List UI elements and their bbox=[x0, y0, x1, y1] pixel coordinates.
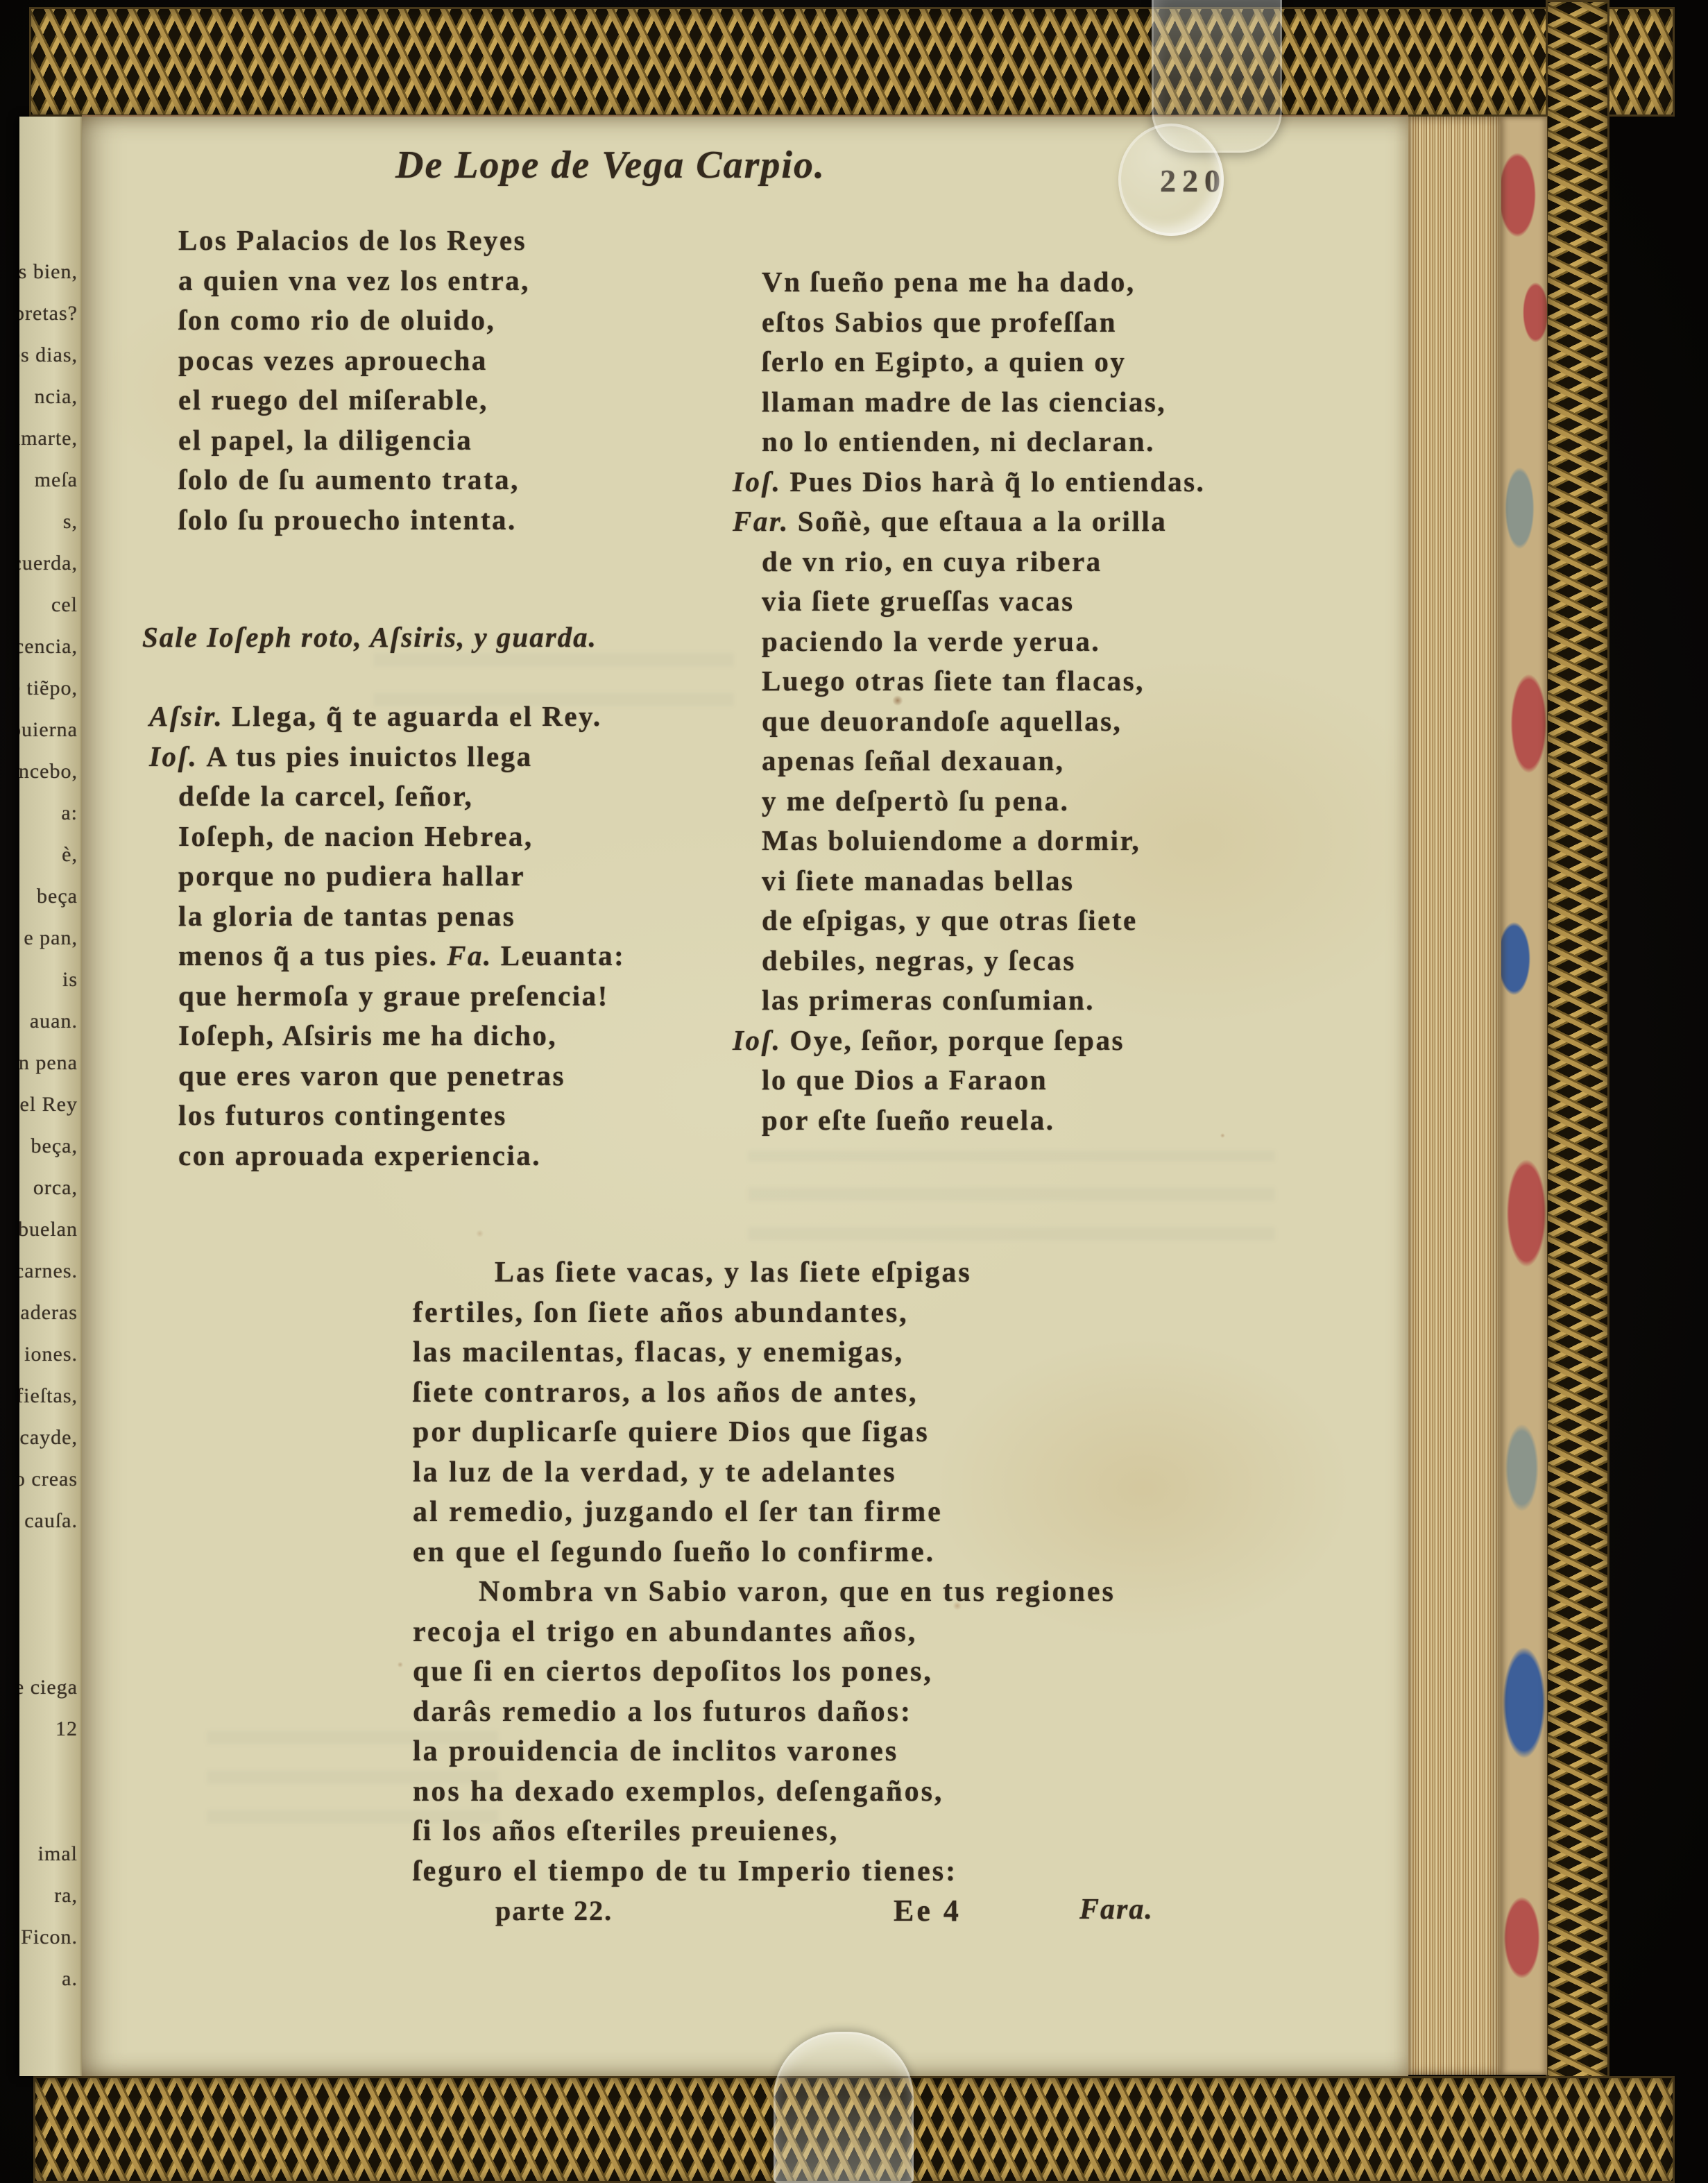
verse-text: recoja el trigo en abundantes años, bbox=[413, 1616, 917, 1648]
cutoff-text-fragment: buelan bbox=[19, 1218, 78, 1241]
verse-text: las primeras conſumian. bbox=[762, 984, 1095, 1016]
previous-page-sliver: Pues bien,erpretas?on tres dias,ncia,en … bbox=[19, 117, 83, 2076]
cutoff-text-fragment: s carnes. bbox=[19, 1259, 78, 1283]
cutoff-text-fragment: beça, bbox=[31, 1135, 78, 1158]
verse-line: Nombra vn Sabio varon, que en tus region… bbox=[413, 1572, 1116, 1613]
catchword: Fara. bbox=[1079, 1893, 1154, 1926]
verse-text: la gloria de tantas penas bbox=[178, 900, 515, 932]
verse-text: Nombra vn Sabio varon, que en tus region… bbox=[479, 1576, 1116, 1608]
verse-line: eſtos Sabios que profeſſan bbox=[733, 303, 1205, 343]
verse-line: el ruego del miſerable, bbox=[149, 380, 530, 421]
verse-line: Ioſ.Pues Dios harà q̃ lo entiendas. bbox=[733, 462, 1205, 502]
verse-text: Los Palacios de los Reyes bbox=[178, 224, 527, 256]
verse-line: ſeguro el tiempo de tu Imperio tienes: bbox=[413, 1852, 1116, 1892]
verse-line: Luego otras ſiete tan flacas, bbox=[733, 661, 1205, 702]
plastic-page-clip-bottom bbox=[774, 2032, 914, 2183]
verse-text: fertiles, ſon ſiete años abundantes, bbox=[413, 1297, 909, 1329]
cutoff-text-fragment: n gouierna bbox=[19, 718, 78, 742]
verse-text: que hermoſa y graue preſencia! bbox=[178, 980, 609, 1012]
verse-line: Mas boluiendome a dormir, bbox=[733, 821, 1205, 861]
verse-text: A tus pies inuictos llega bbox=[206, 740, 532, 772]
verse-line: la prouidencia de inclitos varones bbox=[413, 1732, 1116, 1772]
verse-line: ſi los años eſteriles preuienes, bbox=[413, 1812, 1116, 1852]
cutoff-text-fragment: 12 bbox=[55, 1717, 78, 1741]
verse-line: debiles, negras, y ſecas bbox=[733, 941, 1205, 981]
verse-text: via ſiete grueſſas vacas bbox=[762, 585, 1075, 617]
verse-text: por eſte ſueño reuela. bbox=[762, 1104, 1054, 1136]
verse-text: Mas boluiendome a dormir, bbox=[762, 824, 1141, 856]
verse-text: que ſi en ciertos depoſitos los pones, bbox=[413, 1656, 933, 1688]
verse-text: la prouidencia de inclitos varones bbox=[413, 1735, 898, 1767]
cutoff-text-fragment: cel bbox=[51, 593, 78, 617]
verse-line: Ioſeph, Aſsiris me ha dicho, bbox=[149, 1016, 625, 1056]
cutoff-text-fragment: is bbox=[62, 968, 78, 992]
verse-text: el ruego del miſerable, bbox=[178, 384, 488, 416]
cutoff-text-fragment: ncebo, bbox=[19, 760, 78, 783]
verse-text: en que el ſegundo ſueño lo confirme. bbox=[413, 1536, 935, 1568]
verse-line: no lo entienden, ni declaran. bbox=[733, 422, 1205, 462]
verse-line: con aprouada experiencia. bbox=[149, 1136, 625, 1176]
stage-direction: Sale Ioſeph roto, Aſsiris, y guarda. bbox=[142, 620, 597, 654]
verse-line: ſon como rio de oluido, bbox=[149, 300, 530, 341]
gold-tooled-border-right bbox=[1546, 0, 1609, 2183]
verse-text: Pues Dios harà q̃ lo entiendas. bbox=[789, 466, 1205, 498]
cutoff-text-fragment: que ciega bbox=[19, 1676, 78, 1699]
verse-line: apenas ſeñal dexauan, bbox=[733, 741, 1205, 781]
marbled-paper-edge bbox=[1501, 117, 1547, 2075]
gathering-mark: Ee 4 bbox=[894, 1893, 962, 1928]
left-column-stanza: Los Palacios de los Reyesa quien vna vez… bbox=[149, 221, 530, 540]
verse-text: ſi los años eſteriles preuienes, bbox=[413, 1815, 839, 1847]
verse-text: ſon como rio de oluido, bbox=[178, 304, 495, 336]
cutoff-text-fragment: beça bbox=[37, 885, 78, 908]
verse-line: fertiles, ſon ſiete años abundantes, bbox=[413, 1293, 1116, 1334]
speaker-label: Ioſ. bbox=[733, 1024, 789, 1056]
cutoff-text-fragment: on tres dias, bbox=[19, 343, 78, 367]
verse-text: y me deſpertò ſu pena. bbox=[762, 785, 1069, 817]
cutoff-text-fragment: lcayde, bbox=[19, 1426, 78, 1450]
cutoff-text-fragment: el Rey bbox=[20, 1093, 78, 1116]
verse-line: via ſiete grueſſas vacas bbox=[733, 581, 1205, 622]
verse-line: porque no pudiera hallar bbox=[149, 856, 625, 897]
verse-line: deſde la carcel, ſeñor, bbox=[149, 776, 625, 817]
cutoff-text-fragment: auan. bbox=[30, 1010, 78, 1033]
verse-text: ſerlo en Egipto, a quien oy bbox=[762, 346, 1126, 377]
cutoff-text-fragment: meſa bbox=[35, 468, 78, 492]
verse-line: los futuros contingentes bbox=[149, 1096, 625, 1136]
verse-text: llaman madre de las ciencias, bbox=[762, 386, 1166, 418]
verse-text: lo que Dios a Faraon bbox=[762, 1064, 1048, 1096]
cutoff-text-fragment: orca, bbox=[33, 1176, 78, 1200]
gold-tooled-border-top bbox=[29, 7, 1675, 117]
verse-text: eſtos Sabios que profeſſan bbox=[762, 306, 1117, 338]
verse-text: al remedio, juzgando el ſer tan firme bbox=[413, 1496, 943, 1528]
verse-line: Ioſ.Oye, ſeñor, porque ſepas bbox=[733, 1021, 1205, 1061]
verse-text: de eſpigas, y que otras ſiete bbox=[762, 904, 1138, 936]
cutoff-text-fragment: Ficon. bbox=[21, 1926, 78, 1949]
verse-line: Vn ſueño pena me ha dado, bbox=[733, 262, 1205, 303]
plastic-page-clip-top-bulb bbox=[1118, 124, 1224, 236]
verse-line: en que el ſegundo ſueño lo confirme. bbox=[413, 1533, 1116, 1573]
verse-text: los futuros contingentes bbox=[178, 1099, 507, 1131]
verse-text: ſolo de ſu aumento trata, bbox=[178, 464, 520, 495]
speaker-label: Aſsir. bbox=[149, 700, 232, 732]
verse-text: con aprouada experiencia. bbox=[178, 1139, 541, 1171]
cutoff-text-fragment: acuerda, bbox=[19, 552, 78, 575]
verse-line: por eſte ſueño reuela. bbox=[733, 1101, 1205, 1141]
right-column-dialogue: Vn ſueño pena me ha dado,eſtos Sabios qu… bbox=[733, 262, 1205, 1140]
verse-text: que deuorandoſe aquellas, bbox=[762, 705, 1122, 737]
cutoff-text-fragment: aderas bbox=[20, 1301, 78, 1325]
verse-text: Soñè, que eſtaua a la orilla bbox=[798, 505, 1167, 537]
speaker-label: Ioſ. bbox=[733, 466, 789, 498]
cutoff-text-fragment: ir. No creas bbox=[19, 1468, 78, 1491]
running-header: De Lope de Vega Carpio. bbox=[222, 143, 999, 187]
cutoff-text-fragment: n cauſa. bbox=[19, 1509, 78, 1533]
verse-line: paciendo la verde yerua. bbox=[733, 622, 1205, 662]
cutoff-text-fragment: Pues bien, bbox=[19, 260, 78, 284]
verse-text: vi ſiete manadas bellas bbox=[762, 865, 1074, 897]
verse-line: Los Palacios de los Reyes bbox=[149, 221, 530, 261]
cutoff-text-fragment: erpretas? bbox=[19, 302, 78, 325]
verse-text: Ioſeph, de nacion Hebrea, bbox=[178, 820, 533, 852]
verse-text: Vn ſueño pena me ha dado, bbox=[762, 266, 1136, 298]
verse-text: apenas ſeñal dexauan, bbox=[762, 745, 1064, 776]
verse-line: ſiete contraros, a los años de antes, bbox=[413, 1373, 1116, 1413]
verse-line: Ioſ.A tus pies inuictos llega bbox=[149, 737, 625, 777]
speaker-label: Fa. bbox=[447, 940, 501, 971]
verse-line: que eres varon que penetras bbox=[149, 1056, 625, 1096]
page-leaves-edge bbox=[1406, 117, 1503, 2075]
verse-line: el papel, la diligencia bbox=[149, 421, 530, 461]
verse-text: nos ha dexado exemplos, deſengaños, bbox=[413, 1776, 943, 1808]
verse-line: Far.Soñè, que eſtaua a la orilla bbox=[733, 502, 1205, 542]
verse-text: ſolo ſu prouecho intenta. bbox=[178, 504, 517, 536]
verse-line: lo que Dios a Faraon bbox=[733, 1060, 1205, 1101]
ink-showthrough bbox=[748, 1150, 1275, 1241]
verse-text: ſeguro el tiempo de tu Imperio tienes: bbox=[413, 1855, 957, 1887]
verse-text: pocas vezes aprouecha bbox=[178, 344, 488, 376]
verse-text: por duplicarſe quiere Dios que ſigas bbox=[413, 1416, 930, 1448]
verse-line: vi ſiete manadas bellas bbox=[733, 861, 1205, 901]
verse-line: nos ha dexado exemplos, deſengaños, bbox=[413, 1772, 1116, 1812]
verse-line: Ioſeph, de nacion Hebrea, bbox=[149, 817, 625, 857]
verse-line: las macilentas, flacas, y enemigas, bbox=[413, 1333, 1116, 1373]
cutoff-text-fragment: e pan, bbox=[24, 926, 78, 950]
verse-line: la luz de la verdad, y te adelantes bbox=[413, 1453, 1116, 1493]
verse-text: porque no pudiera hallar bbox=[178, 860, 525, 892]
verse-text: paciendo la verde yerua. bbox=[762, 625, 1100, 657]
part-signature: parte 22. bbox=[495, 1894, 613, 1927]
verse-line: Aſsir.Llega, q̃ te aguarda el Rey. bbox=[149, 697, 625, 737]
verse-line: llaman madre de las ciencias, bbox=[733, 382, 1205, 423]
verse-text: las macilentas, flacas, y enemigas, bbox=[413, 1336, 904, 1368]
verse-text: Oye, ſeñor, porque ſepas bbox=[789, 1024, 1125, 1056]
verse-text: deſde la carcel, ſeñor, bbox=[178, 780, 473, 812]
cutoff-text-fragment: A eſte tiẽpo, bbox=[19, 677, 78, 700]
verse-line: por duplicarſe quiere Dios que ſigas bbox=[413, 1413, 1116, 1453]
verse-line: que hermoſa y graue preſencia! bbox=[149, 976, 625, 1017]
cutoff-text-fragment: iones. bbox=[24, 1343, 78, 1366]
speaker-label: Far. bbox=[733, 505, 798, 537]
verse-line: la gloria de tantas penas bbox=[149, 897, 625, 937]
verse-line: pocas vezes aprouecha bbox=[149, 341, 530, 381]
left-column-dialogue: Aſsir.Llega, q̃ te aguarda el Rey.Ioſ.A … bbox=[149, 697, 625, 1175]
verse-line: ſolo ſu prouecho intenta. bbox=[149, 500, 530, 541]
verse-text: Leuanta: bbox=[501, 940, 625, 971]
verse-text: a quien vna vez los entra, bbox=[178, 264, 530, 296]
verse-line: de eſpigas, y que otras ſiete bbox=[733, 901, 1205, 941]
cutoff-text-fragment: s, bbox=[63, 510, 78, 534]
cutoff-text-fragment: a: bbox=[61, 801, 78, 825]
cutoff-text-fragment: con pena bbox=[19, 1051, 78, 1075]
cutoff-text-fragment: imal bbox=[38, 1842, 78, 1866]
verse-line: ſerlo en Egipto, a quien oy bbox=[733, 342, 1205, 382]
verse-text: el papel, la diligencia bbox=[178, 424, 472, 456]
verse-line: que ſi en ciertos depoſitos los pones, bbox=[413, 1652, 1116, 1692]
verse-text: Ioſeph, Aſsiris me ha dicho, bbox=[178, 1019, 557, 1051]
cutoff-text-fragment: ra, bbox=[54, 1884, 78, 1908]
verse-text: ſiete contraros, a los años de antes, bbox=[413, 1377, 919, 1409]
verse-line: Las ſiete vacas, y las ſiete eſpigas bbox=[413, 1253, 1116, 1293]
verse-line: ſolo de ſu aumento trata, bbox=[149, 460, 530, 500]
cutoff-text-fragment: ncia, bbox=[35, 385, 78, 409]
verse-text: Luego otras ſiete tan flacas, bbox=[762, 665, 1145, 697]
verse-line: y me deſpertò ſu pena. bbox=[733, 781, 1205, 822]
verse-text: debiles, negras, y ſecas bbox=[762, 944, 1076, 976]
verse-text: menos q̃ a tus pies. bbox=[178, 940, 447, 971]
verse-text: darâs remedio a los futuros daños: bbox=[413, 1696, 912, 1728]
verse-line: recoja el trigo en abundantes años, bbox=[413, 1613, 1116, 1653]
bottom-octaves: Las ſiete vacas, y las ſiete eſpigasfert… bbox=[413, 1253, 1116, 1892]
verse-text: Llega, q̃ te aguarda el Rey. bbox=[232, 700, 601, 732]
cutoff-text-fragment: a. bbox=[62, 1967, 78, 1991]
verse-text: la luz de la verdad, y te adelantes bbox=[413, 1456, 897, 1488]
verse-line: al remedio, juzgando el ſer tan firme bbox=[413, 1493, 1116, 1533]
verse-line: darâs remedio a los futuros daños: bbox=[413, 1692, 1116, 1733]
cutoff-text-fragment: en llamarte, bbox=[19, 427, 78, 450]
cutoff-text-fragment: nifieſtas, bbox=[19, 1384, 78, 1408]
verse-line: de vn rio, en cuya ribera bbox=[733, 542, 1205, 582]
cutoff-text-fragment: è, bbox=[62, 843, 78, 867]
verse-line: que deuorandoſe aquellas, bbox=[733, 702, 1205, 742]
verse-line: las primeras conſumian. bbox=[733, 980, 1205, 1021]
verse-text: no lo entienden, ni declaran. bbox=[762, 425, 1155, 457]
cutoff-text-fragment: ocencia, bbox=[19, 635, 78, 659]
speaker-label: Ioſ. bbox=[149, 740, 206, 772]
verse-text: Las ſiete vacas, y las ſiete eſpigas bbox=[495, 1257, 972, 1289]
book-scan: { "page": { "header_title": "De Lope de … bbox=[0, 0, 1708, 2183]
verse-text: de vn rio, en cuya ribera bbox=[762, 545, 1102, 577]
verse-line: menos q̃ a tus pies. Fa.Leuanta: bbox=[149, 936, 625, 976]
verse-text: que eres varon que penetras bbox=[178, 1060, 565, 1091]
verse-line: a quien vna vez los entra, bbox=[149, 261, 530, 301]
